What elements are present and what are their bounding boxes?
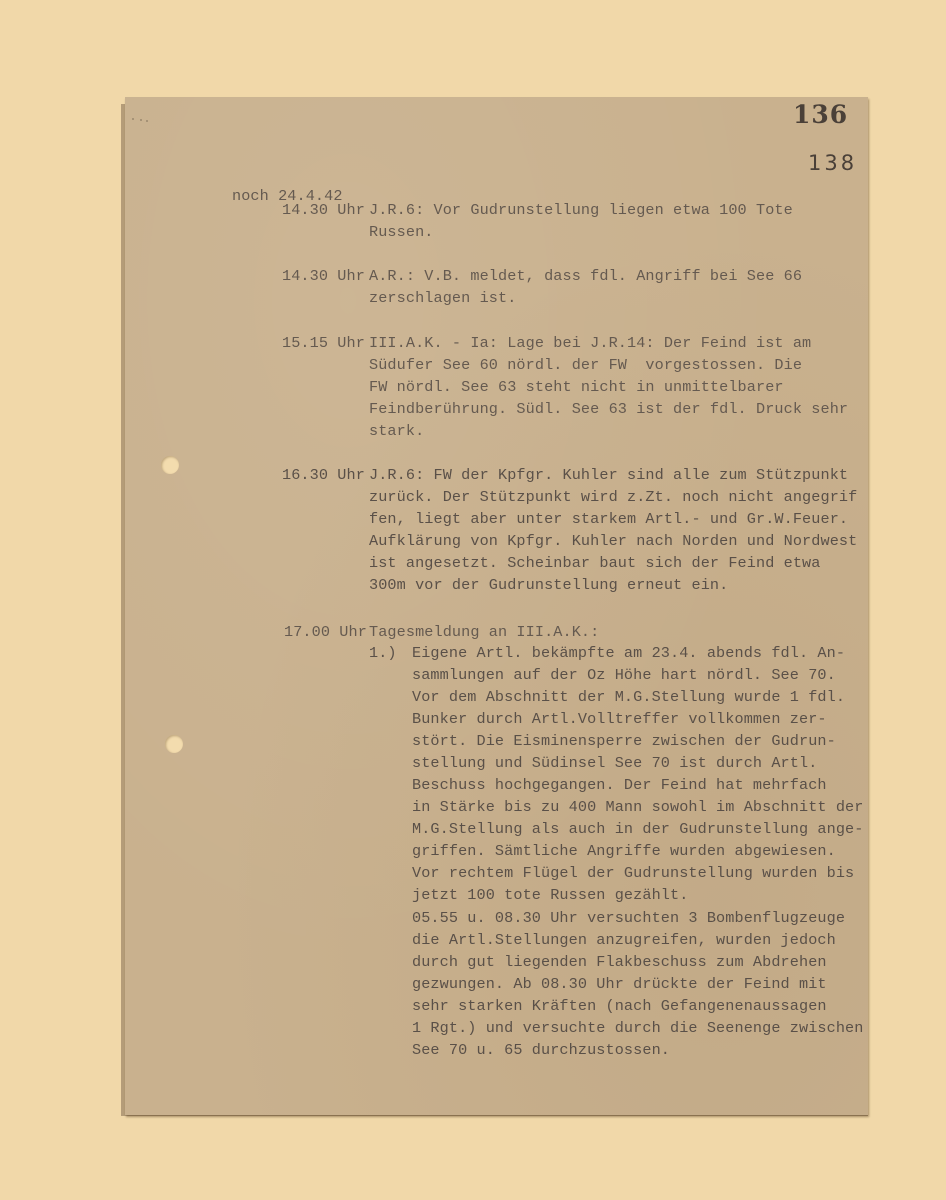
- entry-text-line: Feindberührung. Südl. See 63 ist der fdl…: [369, 399, 848, 419]
- entry-time: 15.15 Uhr: [282, 333, 365, 353]
- list-item-line: Beschuss hochgegangen. Der Feind hat meh…: [412, 775, 827, 795]
- entry-text-line: A.R.: V.B. meldet, dass fdl. Angriff bei…: [369, 266, 802, 286]
- list-item-marker: 1.): [369, 643, 397, 663]
- entry-text-line: III.A.K. - Ia: Lage bei J.R.14: Der Fein…: [369, 333, 811, 353]
- entry-text-line: stark.: [369, 421, 424, 441]
- list-item-line: Eigene Artl. bekämpfte am 23.4. abends f…: [412, 643, 845, 663]
- entry-text-line: zurück. Der Stützpunkt wird z.Zt. noch n…: [369, 487, 857, 507]
- entry-text-line: J.R.6: Vor Gudrunstellung liegen etwa 10…: [369, 200, 793, 220]
- ink-speck: [146, 120, 148, 122]
- list-item-line: sehr starken Kräften (nach Gefangenenaus…: [412, 996, 827, 1016]
- list-item-line: sammlungen auf der Oz Höhe hart nördl. S…: [412, 665, 836, 685]
- entry-time: 14.30 Uhr: [282, 200, 365, 220]
- entry-text-line: Aufklärung von Kpfgr. Kuhler nach Norden…: [369, 531, 857, 551]
- list-item-line: griffen. Sämtliche Angriffe wurden abgew…: [412, 841, 836, 861]
- list-item-line: jetzt 100 tote Russen gezählt.: [412, 885, 688, 905]
- ink-speck: [140, 119, 142, 121]
- list-item-line: stört. Die Eisminensperre zwischen der G…: [412, 731, 836, 751]
- entry-text-line: J.R.6: FW der Kpfgr. Kuhler sind alle zu…: [369, 465, 848, 485]
- list-item-line: in Stärke bis zu 400 Mann sowohl im Absc…: [412, 797, 864, 817]
- list-item-line: 05.55 u. 08.30 Uhr versuchten 3 Bombenfl…: [412, 908, 845, 928]
- list-item-line: Bunker durch Artl.Volltreffer vollkommen…: [412, 709, 827, 729]
- punch-hole-top: [161, 456, 179, 474]
- entry-text-line: Russen.: [369, 222, 434, 242]
- ink-speck: [132, 118, 134, 120]
- list-item-line: Vor dem Abschnitt der M.G.Stellung wurde…: [412, 687, 845, 707]
- list-item-line: durch gut liegenden Flakbeschuss zum Abd…: [412, 952, 827, 972]
- list-item-line: gezwungen. Ab 08.30 Uhr drückte der Fein…: [412, 974, 827, 994]
- entry-time: 14.30 Uhr: [282, 266, 365, 286]
- list-item-line: M.G.Stellung als auch in der Gudrunstell…: [412, 819, 864, 839]
- entry-text-line: 300m vor der Gudrunstellung erneut ein.: [369, 575, 728, 595]
- entry-text-line: ist angesetzt. Scheinbar baut sich der F…: [369, 553, 821, 573]
- entry-text-line: zerschlagen ist.: [369, 288, 516, 308]
- list-item-line: 1 Rgt.) und versuchte durch die Seenenge…: [412, 1018, 864, 1038]
- entry-text-line: FW nördl. See 63 steht nicht in unmittel…: [369, 377, 784, 397]
- punch-hole-bottom: [165, 735, 183, 753]
- list-item-line: See 70 u. 65 durchzustossen.: [412, 1040, 670, 1060]
- page-number: 138: [808, 151, 857, 175]
- entry-text-line: Tagesmeldung an III.A.K.:: [369, 622, 599, 642]
- list-item-line: Vor rechtem Flügel der Gudrunstellung wu…: [412, 863, 854, 883]
- list-item-line: die Artl.Stellungen anzugreifen, wurden …: [412, 930, 836, 950]
- entry-text-line: fen, liegt aber unter starkem Artl.- und…: [369, 509, 848, 529]
- entry-text-line: Südufer See 60 nördl. der FW vorgestosse…: [369, 355, 802, 375]
- list-item-line: stellung und Südinsel See 70 ist durch A…: [412, 753, 817, 773]
- folio-stamp: 136: [793, 100, 848, 129]
- entry-time: 16.30 Uhr: [282, 465, 365, 485]
- entry-time: 17.00 Uhr: [284, 622, 367, 642]
